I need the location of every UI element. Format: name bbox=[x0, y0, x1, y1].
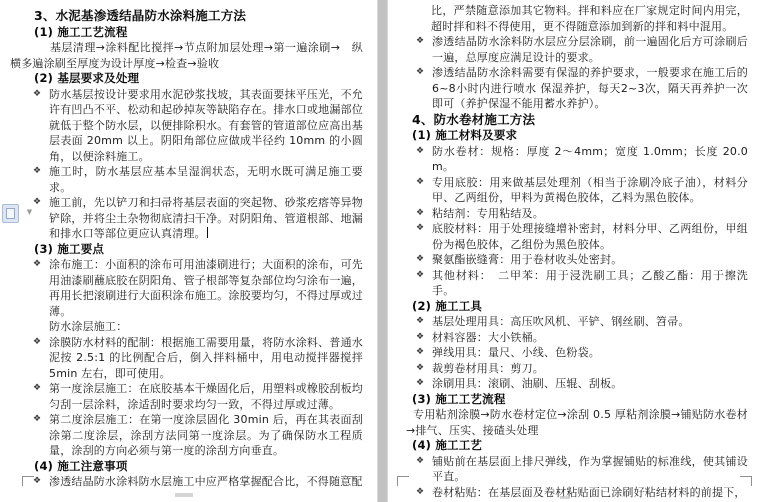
bullet-item: ❖底胶材料：用于处理接缝增补密封，材料分甲、乙两组份，甲组份为褐色胶体，乙组份为… bbox=[406, 221, 748, 252]
bullet-item: ❖第一度涂层施工：在底胶基本干燥固化后，用塑料或橡胶刮板均匀刮一层涂料，涂适刮时… bbox=[10, 381, 363, 412]
section-heading: 4、防水卷材施工方法 bbox=[412, 112, 748, 129]
diamond-bullet-icon: ❖ bbox=[416, 65, 424, 81]
subsection-heading: (3) 施工工艺流程 bbox=[412, 392, 748, 408]
bullet-item: ❖材料容器：大小铁桶。 bbox=[406, 330, 748, 346]
text-boundary-mark bbox=[397, 476, 409, 486]
footer-smudge bbox=[560, 496, 570, 499]
diamond-bullet-icon: ❖ bbox=[416, 206, 424, 222]
section-heading: 3、水泥基渗透结晶防水涂料施工方法 bbox=[34, 8, 363, 25]
bullet-item: ❖专用底胶：用来做基层处理剂（相当于涂刷冷底子油），材料分甲、乙两组份，甲料为黄… bbox=[406, 175, 748, 206]
subsection-heading: (1) 施工材料及要求 bbox=[412, 128, 748, 144]
diamond-bullet-icon: ❖ bbox=[33, 257, 41, 273]
subsection-heading: (1) 施工工艺流程 bbox=[34, 25, 363, 41]
bullet-item: ❖防水基层按设计要求用水泥砂浆找坡，其表面要抹平压光，不允许有凹凸不平、松动和起… bbox=[10, 87, 363, 165]
diamond-bullet-icon: ❖ bbox=[416, 330, 424, 346]
diamond-bullet-icon: ❖ bbox=[33, 87, 41, 103]
bullet-item: ❖涂刷用具：滚刷、油刷、压辊、刮板。 bbox=[406, 376, 748, 392]
footer-smudge bbox=[175, 493, 193, 497]
diamond-bullet-icon: ❖ bbox=[416, 314, 424, 330]
chevron-down-icon[interactable]: ▼ bbox=[25, 208, 34, 217]
text-boundary-mark bbox=[740, 476, 752, 486]
diamond-bullet-icon: ❖ bbox=[416, 485, 424, 501]
diamond-bullet-icon: ❖ bbox=[416, 361, 424, 377]
page-right: 比，严禁随意添加其它物料。拌和料应在厂家规定时间内用完，超时拌和料不得使用，更不… bbox=[388, 0, 760, 502]
bullet-item: ❖第二度涂层施工：在第一度涂层固化 30min 后，再在其表面刮涂第二度涂层，涂… bbox=[10, 412, 363, 459]
text-boundary-mark bbox=[22, 476, 34, 486]
diamond-bullet-icon: ❖ bbox=[416, 268, 424, 284]
diamond-bullet-icon: ❖ bbox=[33, 335, 41, 351]
bullet-item: ❖渗透结晶防水涂料需要有保湿的养护要求，一般要求在施工后的6~8小时内进行喷水 … bbox=[406, 65, 748, 112]
bullet-item: ❖施工前，先以铲刀和扫帚将基层表面的突起物、砂浆疙瘩等异物铲除，并将尘土杂物彻底… bbox=[10, 195, 363, 242]
bullet-item: ❖弹线用具：量尺、小线、色粉袋。 bbox=[406, 345, 748, 361]
bullet-item: ❖铺贴前在基层面上排尺弹线，作为掌握铺贴的标准线，使其铺设平直。 bbox=[406, 454, 748, 485]
subsection-heading: (2) 施工工具 bbox=[412, 299, 748, 315]
bullet-item: ❖粘结剂：专用粘结及。 bbox=[406, 206, 748, 222]
bullet-item: ❖聚氨酯嵌缝膏：用于卷材收头处密封。 bbox=[406, 252, 748, 268]
bullet-item: ❖渗透结晶防水涂料防水层应分层涂刷，前一遍固化后方可涂刷后一遍，总厚度应满足设计… bbox=[406, 34, 748, 65]
process-flow-paragraph: 专用粘剂涂膜→防水卷材定位→涂刮 0.5 厚粘剂涂膜→铺贴防水卷材→排气、压实、… bbox=[406, 407, 748, 438]
diamond-bullet-icon: ❖ bbox=[33, 164, 41, 180]
subsection-heading: (4) 施工工艺 bbox=[412, 438, 748, 454]
paste-options-button[interactable]: ▼ bbox=[2, 204, 36, 224]
diamond-bullet-icon: ❖ bbox=[33, 381, 41, 397]
diamond-bullet-icon: ❖ bbox=[33, 412, 41, 428]
process-flow-paragraph: 基层清理→涂料配比搅拌→节点附加层处理→第一遍涂刷→ 纵横多遍涂刷至厚度为设计厚… bbox=[10, 40, 363, 71]
bullet-item: ❖涂膜防水材料的配制：根据施工需要用量，将防水涂料、普通水泥按 2.5:1 的比… bbox=[10, 335, 363, 382]
subsection-heading: (3) 施工要点 bbox=[34, 242, 363, 258]
continuation-paragraph: 比，严禁随意添加其它物料。拌和料应在厂家规定时间内用完，超时拌和料不得使用，更不… bbox=[406, 3, 748, 34]
clipboard-icon[interactable] bbox=[2, 204, 19, 223]
diamond-bullet-icon: ❖ bbox=[416, 221, 424, 237]
diamond-bullet-icon: ❖ bbox=[416, 376, 424, 392]
bullet-item: ❖渗透结晶防水涂料防水层施工中应严格掌握配合比，不得随意配 bbox=[10, 474, 363, 490]
text-boundary-mark bbox=[341, 476, 353, 486]
text-cursor bbox=[207, 227, 208, 238]
bullet-item: ❖防水卷材：规格：厚度 2～4mm；宽度 1.0mm；长度 20.0m。 bbox=[406, 144, 748, 175]
diamond-bullet-icon: ❖ bbox=[416, 175, 424, 191]
bullet-item: ❖其他材料： 二甲苯：用于浸洗刷工具；乙酸乙酯：用于擦洗手。 bbox=[406, 268, 748, 299]
diamond-bullet-icon: ❖ bbox=[416, 454, 424, 470]
bullet-item: ❖基层处理用具：高压吹风机、平铲、钢丝刷、笤帚。 bbox=[406, 314, 748, 330]
page-gap-divider bbox=[377, 0, 388, 502]
diamond-bullet-icon: ❖ bbox=[416, 144, 424, 160]
bullet-item: ❖涂布施工：小面积的涂布可用油漆刷进行；大面积的涂布，可先用油漆刷蘸底胶在阴阳角… bbox=[10, 257, 363, 319]
bullet-item: ❖卷材粘贴：在基层面及卷材粘贴面已涂刷好粘结材料的前提下， bbox=[406, 485, 748, 501]
diamond-bullet-icon: ❖ bbox=[33, 474, 41, 490]
label-line: 防水涂层施工： bbox=[49, 319, 363, 335]
subsection-heading: (2) 基层要求及处理 bbox=[34, 71, 363, 87]
diamond-bullet-icon: ❖ bbox=[416, 345, 424, 361]
diamond-bullet-icon: ❖ bbox=[416, 34, 424, 50]
diamond-bullet-icon: ❖ bbox=[416, 252, 424, 268]
bullet-item: ❖裁剪卷材用具：剪刀。 bbox=[406, 361, 748, 377]
document-view: 3、水泥基渗透结晶防水涂料施工方法 (1) 施工工艺流程 基层清理→涂料配比搅拌… bbox=[0, 0, 760, 502]
clipboard-sheet-icon bbox=[6, 208, 15, 219]
subsection-heading: (4) 施工注意事项 bbox=[34, 459, 363, 475]
page-left: 3、水泥基渗透结晶防水涂料施工方法 (1) 施工工艺流程 基层清理→涂料配比搅拌… bbox=[0, 0, 377, 502]
bullet-item: ❖施工时，防水基层应基本呈湿润状态，无明水既可满足施工要求。 bbox=[10, 164, 363, 195]
